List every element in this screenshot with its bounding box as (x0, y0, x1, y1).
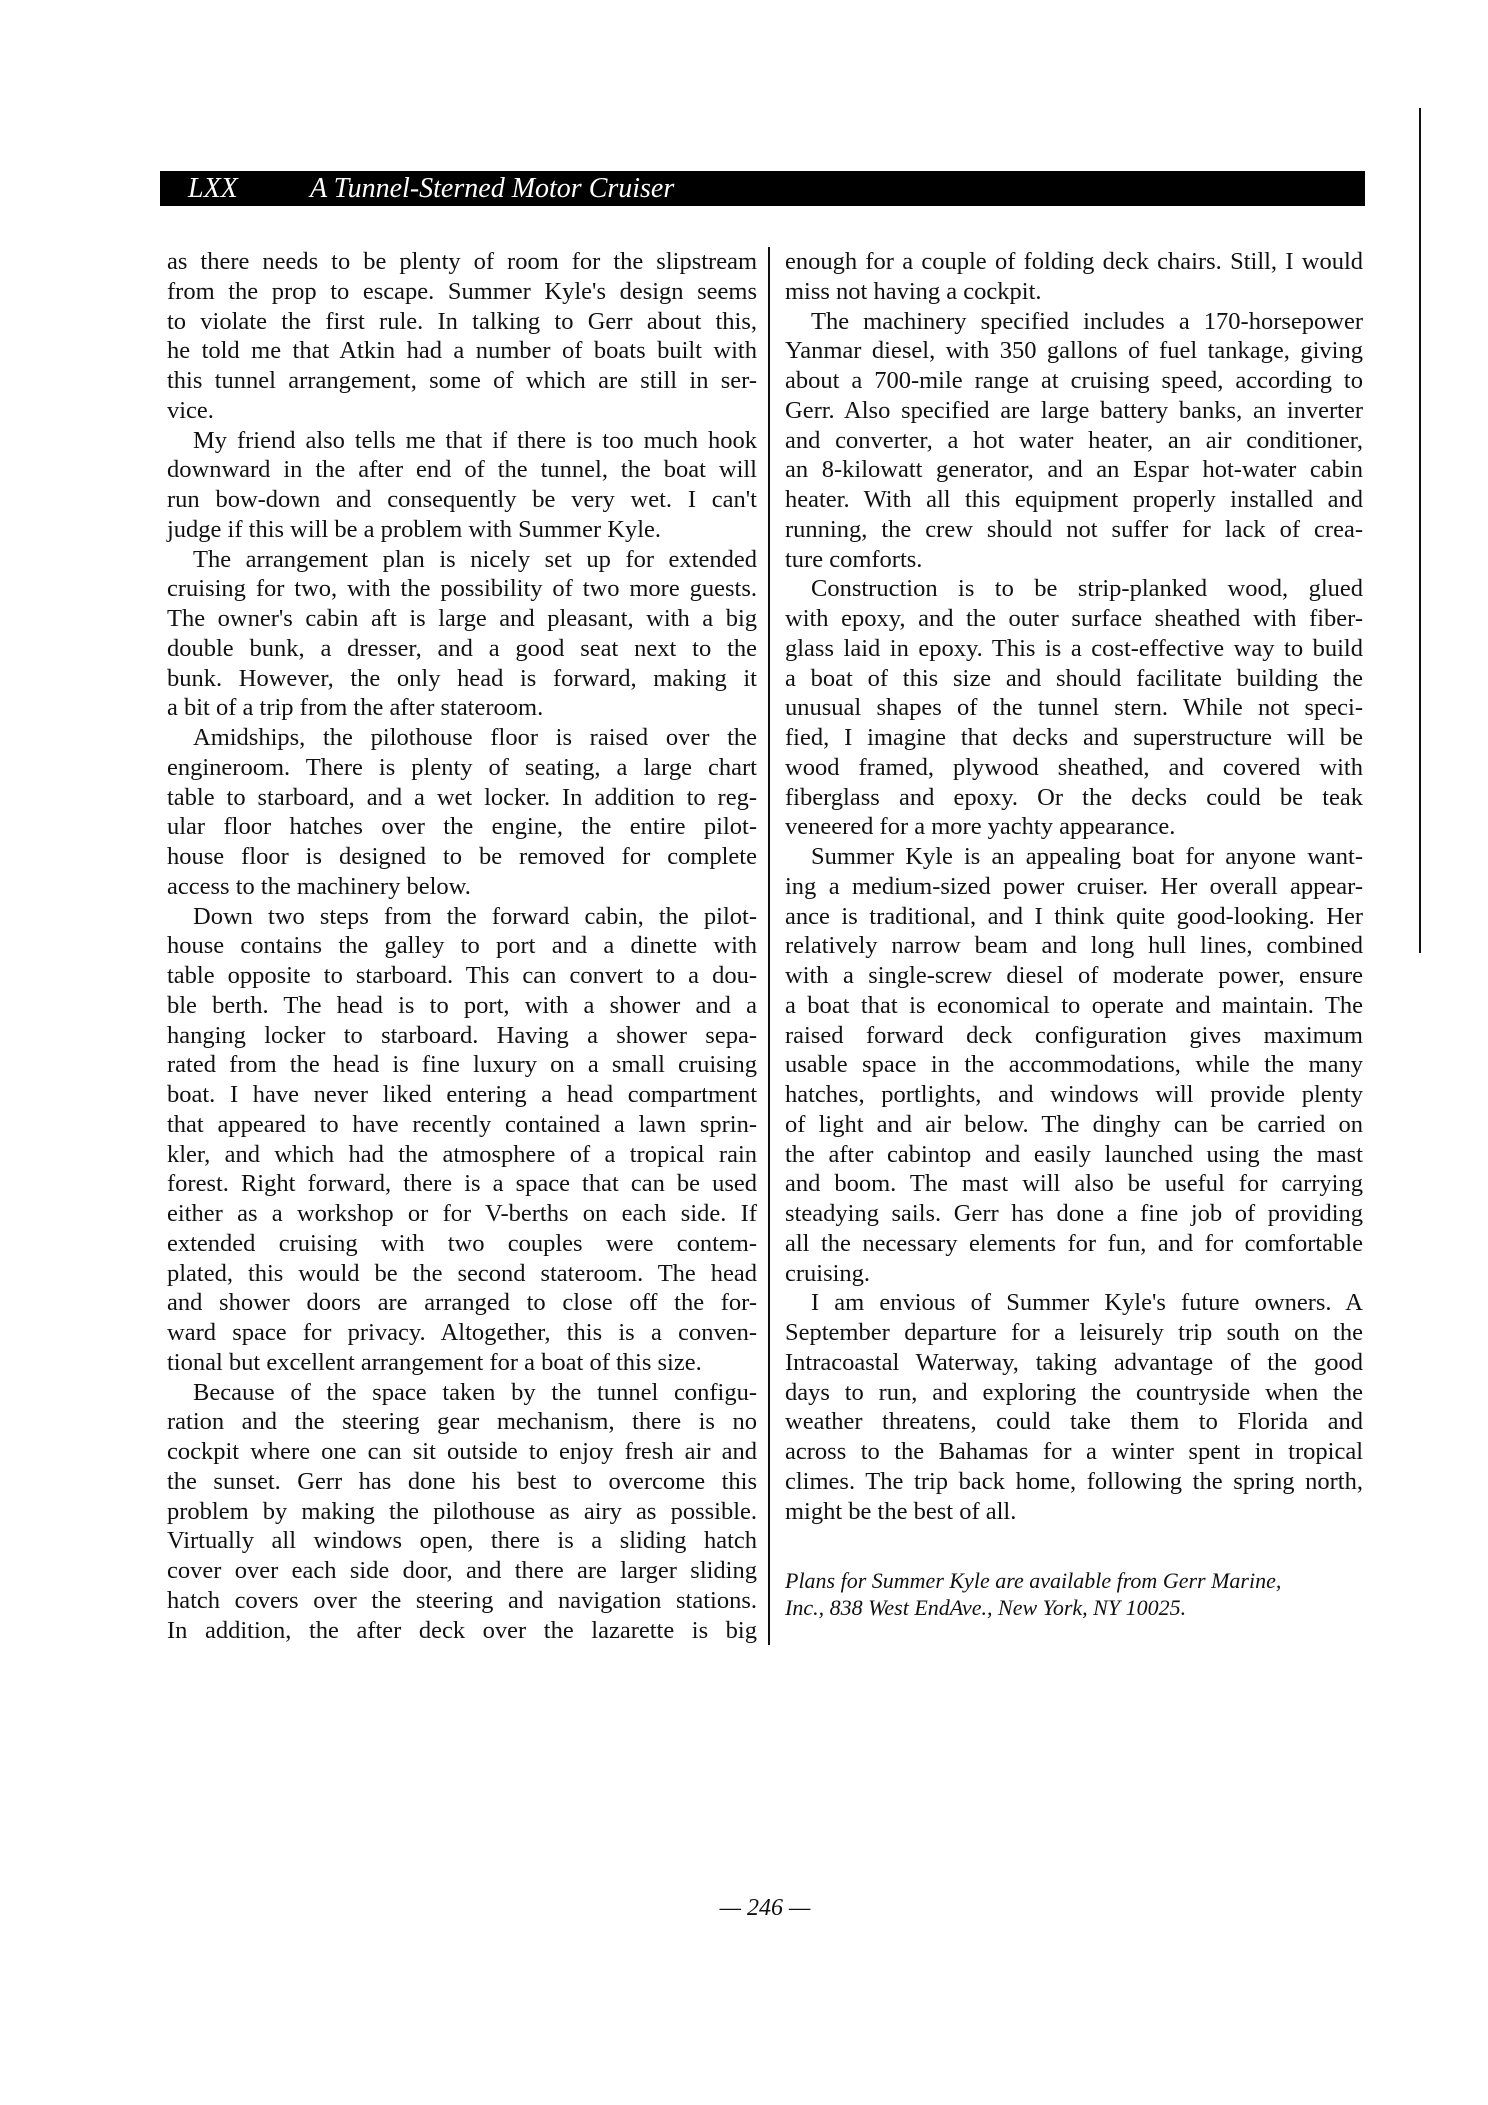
text-line: fied, I imagine that decks and superstru… (785, 723, 1363, 753)
text-line: raised forward deck configuration gives … (785, 1021, 1363, 1051)
text-line: either as a workshop or for V-berths on … (167, 1199, 757, 1229)
text-line: kler, and which had the atmosphere of a … (167, 1140, 757, 1170)
text-line: Because of the space taken by the tunnel… (167, 1378, 757, 1408)
text-line: a boat that is economical to operate and… (785, 991, 1363, 1021)
text-line: an 8-kilowatt generator, and an Espar ho… (785, 455, 1363, 485)
text-line: Summer Kyle is an appealing boat for any… (785, 842, 1363, 872)
text-line: might be the best of all. (785, 1497, 1363, 1527)
text-line: fiberglass and epoxy. Or the decks could… (785, 783, 1363, 813)
chapter-title: A Tunnel-Sterned Motor Cruiser (310, 172, 674, 205)
text-line: days to run, and exploring the countrysi… (785, 1378, 1363, 1408)
text-line: a bit of a trip from the after stateroom… (167, 693, 757, 723)
plans-availability-note: Plans for Summer Kyle are available from… (785, 1567, 1365, 1621)
text-line: engineroom. There is plenty of seating, … (167, 753, 757, 783)
text-line: Virtually all windows open, there is a s… (167, 1526, 757, 1556)
text-line: double bunk, a dresser, and a good seat … (167, 634, 757, 664)
text-line: of light and air below. The dinghy can b… (785, 1110, 1363, 1140)
text-line: ration and the steering gear mechanism, … (167, 1407, 757, 1437)
text-line: Intracoastal Waterway, taking advantage … (785, 1348, 1363, 1378)
text-line: Amidships, the pilothouse floor is raise… (167, 723, 757, 753)
text-line: table opposite to starboard. This can co… (167, 961, 757, 991)
text-line: about a 700-mile range at cruising speed… (785, 366, 1363, 396)
text-line: plated, this would be the second statero… (167, 1259, 757, 1289)
text-line: relatively narrow beam and long hull lin… (785, 931, 1363, 961)
text-line: and shower doors are arranged to close o… (167, 1288, 757, 1318)
text-line: ture comforts. (785, 545, 1363, 575)
text-line: hatch covers over the steering and navig… (167, 1586, 757, 1616)
right-text-column: enough for a couple of folding deck chai… (785, 247, 1363, 1526)
text-line: I am envious of Summer Kyle's future own… (785, 1288, 1363, 1318)
text-line: steadying sails. Gerr has done a fine jo… (785, 1199, 1363, 1229)
text-line: the sunset. Gerr has done his best to ov… (167, 1467, 757, 1497)
text-line: run bow-down and consequently be very we… (167, 485, 757, 515)
text-line: cover over each side door, and there are… (167, 1556, 757, 1586)
text-line: a boat of this size and should facilitat… (785, 664, 1363, 694)
text-line: extended cruising with two couples were … (167, 1229, 757, 1259)
text-line: forest. Right forward, there is a space … (167, 1169, 757, 1199)
text-line: house contains the galley to port and a … (167, 931, 757, 961)
text-line: vice. (167, 396, 757, 426)
text-line: Gerr. Also specified are large battery b… (785, 396, 1363, 426)
text-line: access to the machinery below. (167, 872, 757, 902)
text-line: the after cabintop and easily launched u… (785, 1140, 1363, 1170)
text-line: house floor is designed to be removed fo… (167, 842, 757, 872)
text-line: judge if this will be a problem with Sum… (167, 515, 757, 545)
running-header: LXX A Tunnel-Sterned Motor Cruiser (160, 171, 1365, 206)
text-line: The machinery specified includes a 170-h… (785, 307, 1363, 337)
text-line: unusual shapes of the tunnel stern. Whil… (785, 693, 1363, 723)
text-line: hatches, portlights, and windows will pr… (785, 1080, 1363, 1110)
text-line: Construction is to be strip-planked wood… (785, 574, 1363, 604)
footnote-line: Plans for Summer Kyle are available from… (785, 1567, 1365, 1594)
text-line: running, the crew should not suffer for … (785, 515, 1363, 545)
text-line: this tunnel arrangement, some of which a… (167, 366, 757, 396)
text-line: with epoxy, and the outer surface sheath… (785, 604, 1363, 634)
text-line: miss not having a cockpit. (785, 277, 1363, 307)
text-line: September departure for a leisurely trip… (785, 1318, 1363, 1348)
text-line: The arrangement plan is nicely set up fo… (167, 545, 757, 575)
text-line: rated from the head is fine luxury on a … (167, 1050, 757, 1080)
text-line: across to the Bahamas for a winter spent… (785, 1437, 1363, 1467)
text-line: cruising. (785, 1259, 1363, 1289)
text-line: My friend also tells me that if there is… (167, 426, 757, 456)
page-number: — 246 — (0, 1895, 1488, 1922)
text-line: In addition, the after deck over the laz… (167, 1616, 757, 1646)
text-line: bunk. However, the only head is forward,… (167, 664, 757, 694)
text-line: problem by making the pilothouse as airy… (167, 1497, 757, 1527)
text-line: heater. With all this equipment properly… (785, 485, 1363, 515)
text-line: usable space in the accommodations, whil… (785, 1050, 1363, 1080)
text-line: Down two steps from the forward cabin, t… (167, 902, 757, 932)
text-line: climes. The trip back home, following th… (785, 1467, 1363, 1497)
text-line: veneered for a more yachty appearance. (785, 812, 1363, 842)
text-line: and converter, a hot water heater, an ai… (785, 426, 1363, 456)
column-divider-rule (768, 247, 770, 1645)
text-line: with a single-screw diesel of moderate p… (785, 961, 1363, 991)
chapter-number: LXX (188, 172, 238, 205)
text-line: from the prop to escape. Summer Kyle's d… (167, 277, 757, 307)
text-line: glass laid in epoxy. This is a cost-effe… (785, 634, 1363, 664)
text-line: cruising for two, with the possibility o… (167, 574, 757, 604)
text-line: weather threatens, could take them to Fl… (785, 1407, 1363, 1437)
text-line: ular floor hatches over the engine, the … (167, 812, 757, 842)
text-line: enough for a couple of folding deck chai… (785, 247, 1363, 277)
page-edge-rule (1419, 108, 1421, 953)
text-line: table to starboard, and a wet locker. In… (167, 783, 757, 813)
left-text-column: as there needs to be plenty of room for … (167, 247, 757, 1645)
text-line: all the necessary elements for fun, and … (785, 1229, 1363, 1259)
text-line: that appeared to have recently contained… (167, 1110, 757, 1140)
text-line: hanging locker to starboard. Having a sh… (167, 1021, 757, 1051)
text-line: The owner's cabin aft is large and pleas… (167, 604, 757, 634)
text-line: he told me that Atkin had a number of bo… (167, 336, 757, 366)
text-line: boat. I have never liked entering a head… (167, 1080, 757, 1110)
text-line: tional but excellent arrangement for a b… (167, 1348, 757, 1378)
text-line: to violate the first rule. In talking to… (167, 307, 757, 337)
text-line: ing a medium-sized power cruiser. Her ov… (785, 872, 1363, 902)
text-line: ward space for privacy. Altogether, this… (167, 1318, 757, 1348)
text-line: as there needs to be plenty of room for … (167, 247, 757, 277)
footnote-line: Inc., 838 West EndAve., New York, NY 100… (785, 1594, 1365, 1621)
text-line: Yanmar diesel, with 350 gallons of fuel … (785, 336, 1363, 366)
text-line: ble berth. The head is to port, with a s… (167, 991, 757, 1021)
text-line: wood framed, plywood sheathed, and cover… (785, 753, 1363, 783)
text-line: cockpit where one can sit outside to enj… (167, 1437, 757, 1467)
text-line: ance is traditional, and I think quite g… (785, 902, 1363, 932)
text-line: downward in the after end of the tunnel,… (167, 455, 757, 485)
text-line: and boom. The mast will also be useful f… (785, 1169, 1363, 1199)
